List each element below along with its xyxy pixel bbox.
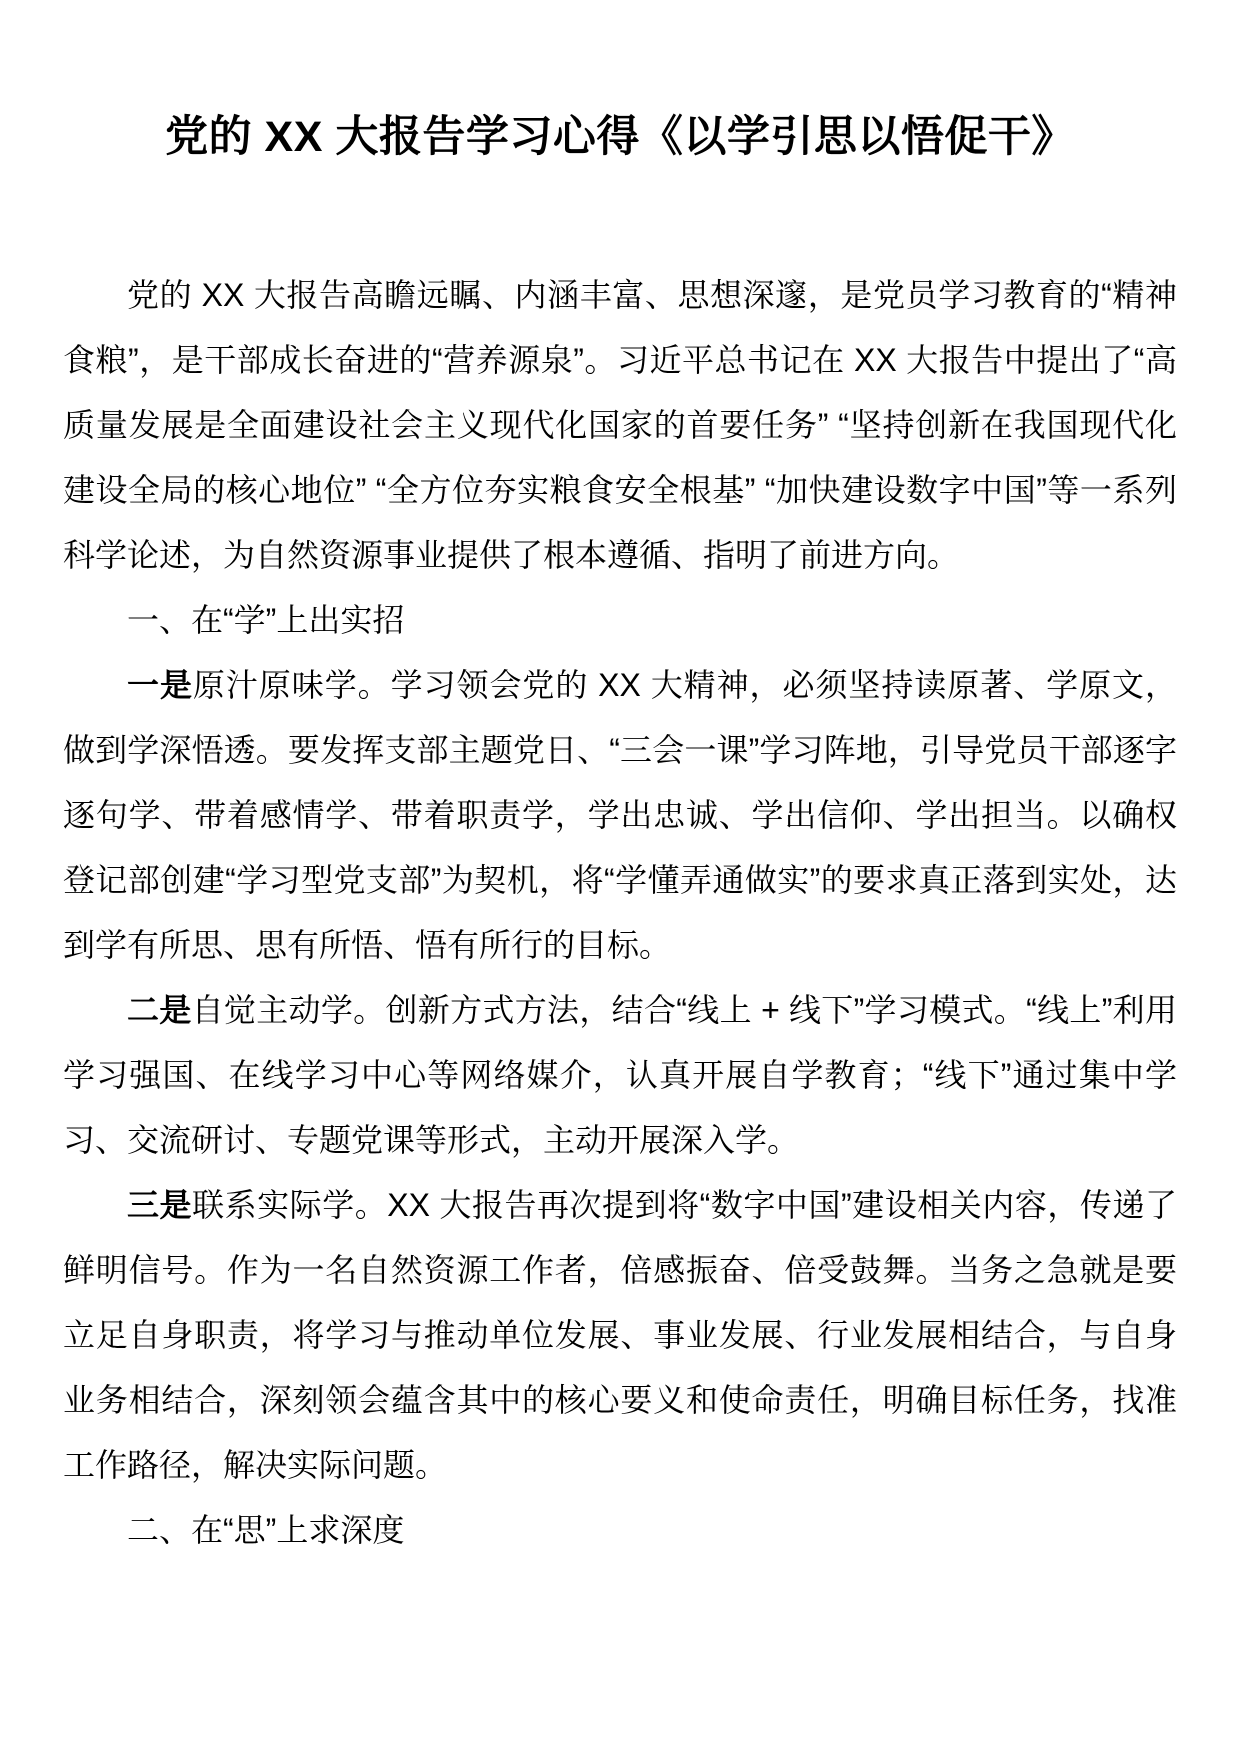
paragraph-text: 党的 XX 大报告高瞻远瞩、内涵丰富、思想深邃，是党员学习教育的“精神食粮”，是… — [63, 277, 1177, 573]
heading-text: 二、在“思”上求深度 — [127, 1512, 404, 1548]
paragraph-point-3: 三是联系实际学。XX 大报告再次提到将“数字中国”建设相关内容，传递了鲜明信号。… — [63, 1173, 1177, 1498]
paragraph-intro: 党的 XX 大报告高瞻远瞩、内涵丰富、思想深邃，是党员学习教育的“精神食粮”，是… — [63, 263, 1177, 588]
paragraph-point-2: 二是自觉主动学。创新方式方法，结合“线上 + 线下”学习模式。“线上”利用学习强… — [63, 978, 1177, 1173]
heading-text: 一、在“学”上出实招 — [127, 602, 404, 638]
document-body: 党的 XX 大报告高瞻远瞩、内涵丰富、思想深邃，是党员学习教育的“精神食粮”，是… — [63, 263, 1177, 1563]
paragraph-text: 联系实际学。XX 大报告再次提到将“数字中国”建设相关内容，传递了鲜明信号。作为… — [63, 1187, 1177, 1483]
paragraph-point-1: 一是原汁原味学。学习领会党的 XX 大精神，必须坚持读原著、学原文，做到学深悟透… — [63, 653, 1177, 978]
paragraph-text: 自觉主动学。创新方式方法，结合“线上 + 线下”学习模式。“线上”利用学习强国、… — [63, 992, 1177, 1158]
document-page: 党的 XX 大报告学习心得《以学引思以悟促干》 党的 XX 大报告高瞻远瞩、内涵… — [0, 0, 1240, 1754]
section-heading-1: 一、在“学”上出实招 — [63, 588, 1177, 653]
section-heading-2: 二、在“思”上求深度 — [63, 1498, 1177, 1563]
paragraph-text: 原汁原味学。学习领会党的 XX 大精神，必须坚持读原著、学原文，做到学深悟透。要… — [63, 667, 1177, 963]
paragraph-lead: 二是 — [127, 992, 192, 1028]
paragraph-lead: 三是 — [127, 1187, 192, 1223]
document-title: 党的 XX 大报告学习心得《以学引思以悟促干》 — [63, 103, 1177, 171]
paragraph-lead: 一是 — [127, 667, 193, 703]
